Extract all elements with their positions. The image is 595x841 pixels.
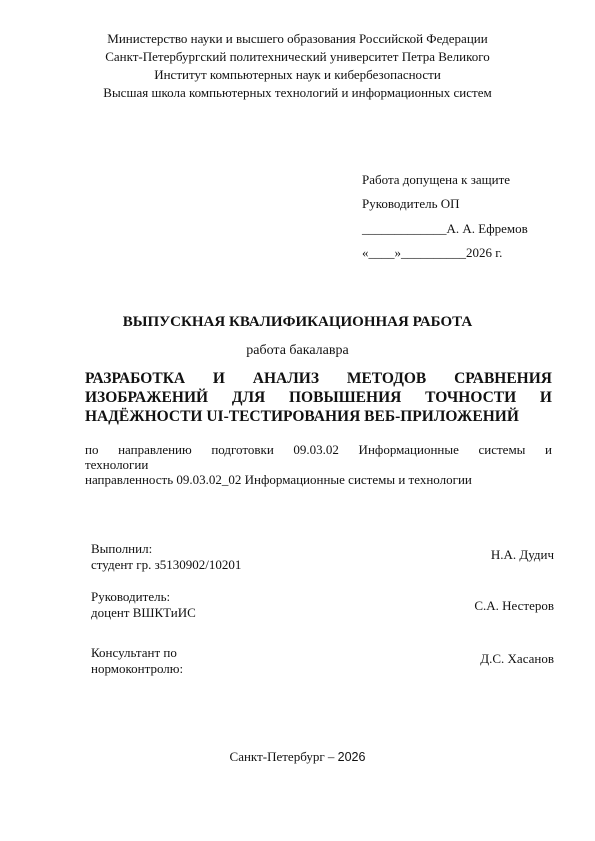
university-line: Санкт-Петербургский политехнический унив…: [0, 48, 595, 66]
thesis-topic: РАЗРАБОТКА И АНАЛИЗ МЕТОДОВ СРАВНЕНИЯ ИЗ…: [85, 369, 552, 426]
ministry-line: Министерство науки и высшего образования…: [0, 30, 595, 48]
study-direction: по направлению подготовки 09.03.02 Инфор…: [85, 442, 552, 487]
head-title: Руководитель ОП: [362, 192, 528, 216]
institute-line: Институт компьютерных наук и кибербезопа…: [0, 66, 595, 84]
signer-role: Выполнил: студент гр. з5130902/10201: [91, 541, 554, 573]
signer-consultant: Консультант по нормоконтролю: Д.С. Хасан…: [91, 645, 554, 677]
thesis-type: ВЫПУСКНАЯ КВАЛИФИКАЦИОННАЯ РАБОТА: [0, 314, 595, 331]
signer-supervisor: Руководитель: доцент ВШКТиИС С.А. Нестер…: [91, 589, 554, 621]
footer-city: Санкт-Петербург –: [230, 749, 338, 764]
direction-line-continued: технологии: [85, 457, 552, 472]
head-signature: _____________А. А. Ефремов: [362, 217, 528, 241]
thesis-subtype: работа бакалавра: [0, 343, 595, 359]
school-line: Высшая школа компьютерных технологий и и…: [0, 84, 595, 102]
approval-block: Работа допущена к защите Руководитель ОП…: [362, 168, 528, 265]
ministry-header: Министерство науки и высшего образования…: [0, 30, 595, 102]
signer-role-line: Выполнил:: [91, 541, 554, 557]
footer-year: 2026: [338, 750, 366, 764]
signer-name: Д.С. Хасанов: [480, 651, 554, 667]
signer-name: С.А. Нестеров: [474, 598, 554, 614]
signer-group: студент гр. з5130902/10201: [91, 557, 554, 573]
approval-date: «____»__________2026 г.: [362, 241, 528, 265]
direction-line: по направлению подготовки 09.03.02 Инфор…: [85, 442, 552, 457]
specialization-line: направленность 09.03.02_02 Информационны…: [85, 472, 552, 487]
footer-city-year: Санкт-Петербург – 2026: [0, 749, 595, 765]
admitted-text: Работа допущена к защите: [362, 168, 528, 192]
signer-student: Выполнил: студент гр. з5130902/10201 Н.А…: [91, 541, 554, 573]
signer-name: Н.А. Дудич: [491, 547, 554, 563]
